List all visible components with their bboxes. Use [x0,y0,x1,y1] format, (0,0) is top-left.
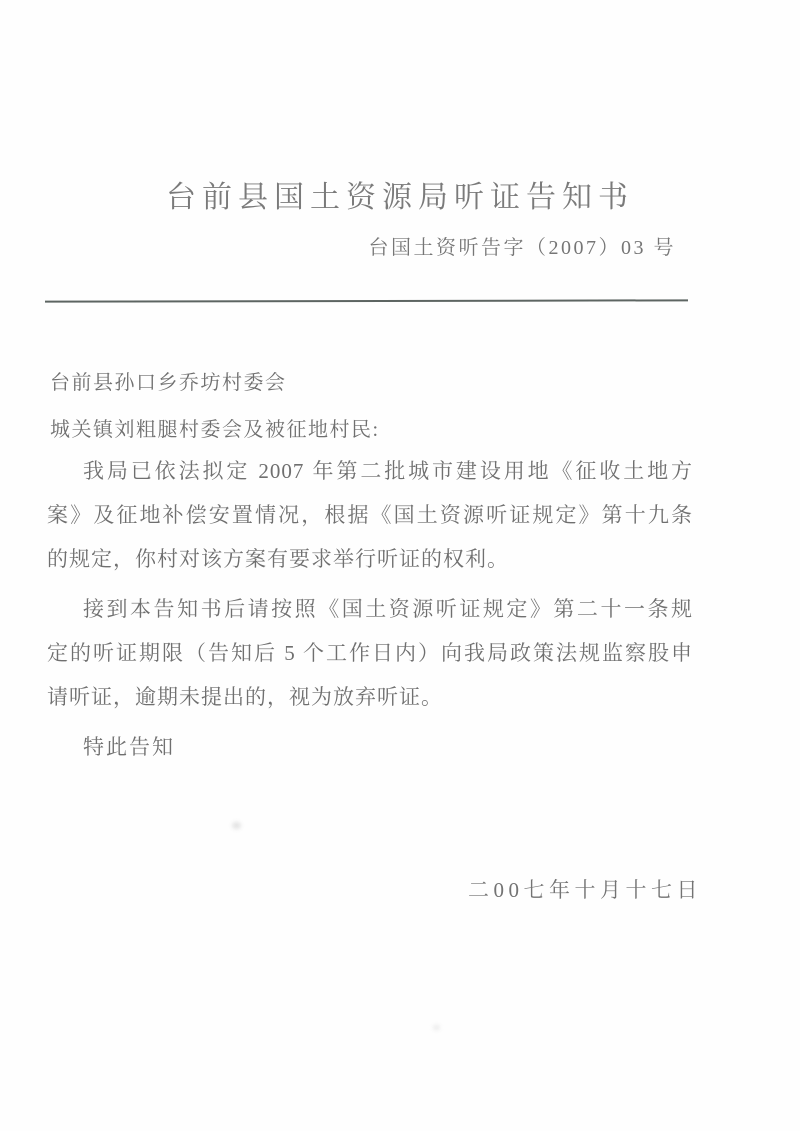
paragraph-line: 接到本告知书后请按照《国土资源听证规定》第二十一条规 [47,587,693,631]
addressee-line: 城关镇刘粗腿村委会及被征地村民: [50,407,380,454]
scan-smudge [433,1025,440,1030]
paragraph-line: 的规定，你村对该方案有要求举行听证的权利。 [47,537,693,581]
paragraph-line: 我局已依法拟定 2007 年第二批城市建设用地《征收土地方 [47,449,693,493]
addressee-line: 台前县孙口乡乔坊村委会 [50,360,380,407]
document-date: 二00七年十月十七日 [468,874,702,904]
paragraph-line: 案》及征地补偿安置情况，根据《国土资源听证规定》第十九条 [47,493,693,537]
paragraph-line: 请听证，逾期未提出的，视为放弃听证。 [47,675,693,719]
header-divider-line [45,299,688,302]
scan-smudge [232,822,241,829]
addressee-block: 台前县孙口乡乔坊村委会 城关镇刘粗腿村委会及被征地村民: [50,360,380,454]
document-reference-number: 台国土资听告字（2007）03 号 [369,231,677,260]
body-paragraph: 我局已依法拟定 2007 年第二批城市建设用地《征收土地方 案》及征地补偿安置情… [47,449,693,581]
paragraph-line: 定的听证期限（告知后 5 个工作日内）向我局政策法规监察股申 [47,631,693,675]
closing-phrase: 特此告知 [83,731,175,761]
body-paragraph: 接到本告知书后请按照《国土资源听证规定》第二十一条规 定的听证期限（告知后 5 … [47,587,693,719]
document-title: 台前县国土资源局听证告知书 [0,172,800,216]
scanned-document-page: 台前县国土资源局听证告知书 台国土资听告字（2007）03 号 台前县孙口乡乔坊… [0,0,800,1131]
